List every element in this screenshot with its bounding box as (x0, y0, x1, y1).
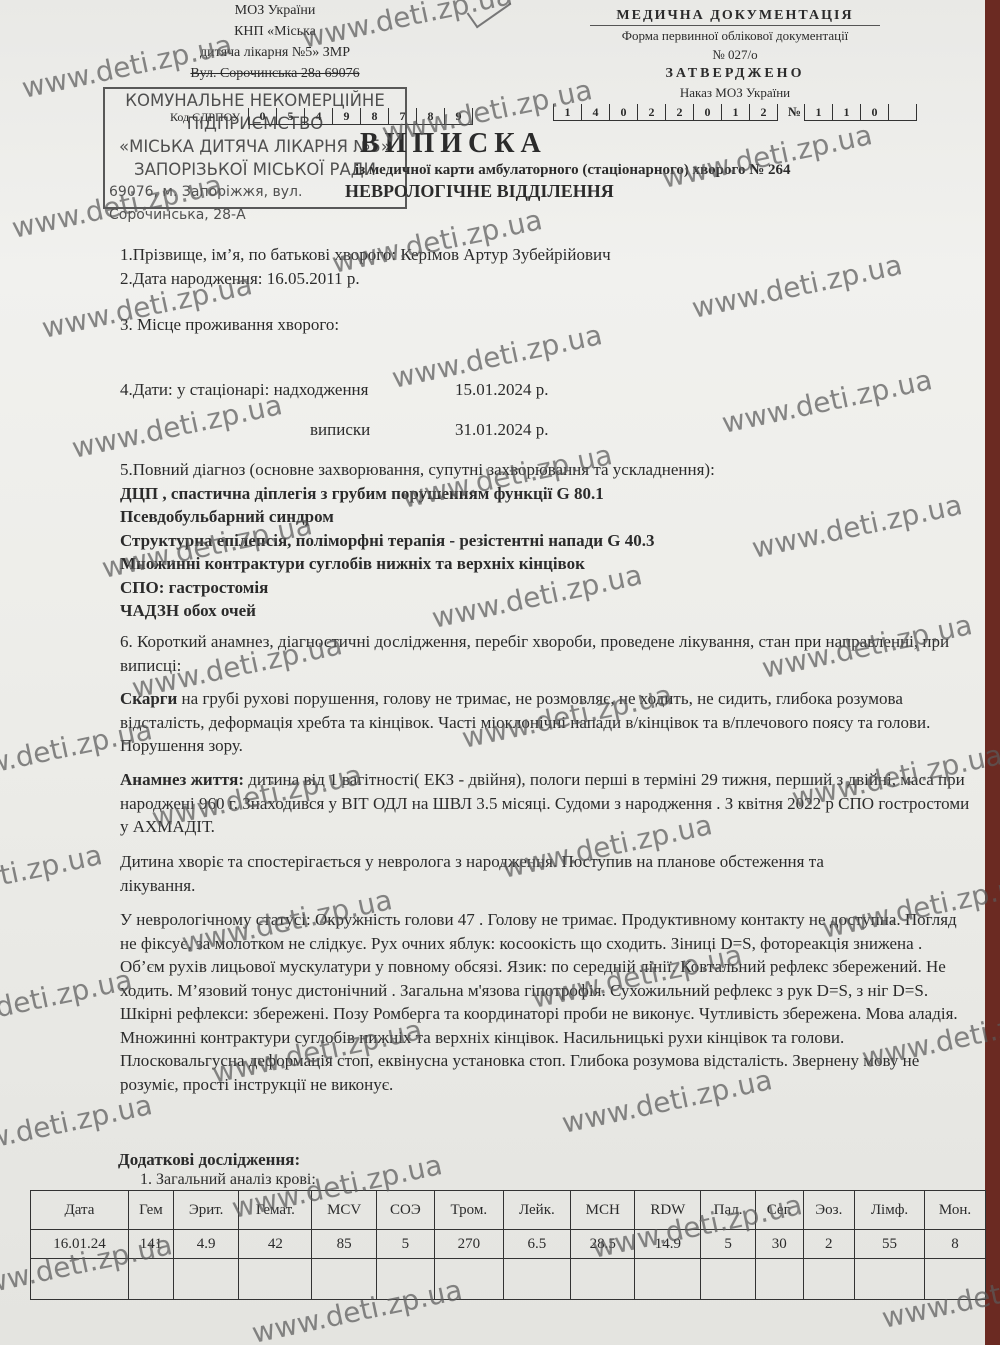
watermark: www.deti.zp.ua (659, 118, 875, 195)
dob-value: 16.05.2011 р. (267, 269, 360, 288)
discharge-date: 31.01.2024 р. (455, 420, 549, 440)
medical-documentation-title: МЕДИЧНА ДОКУМЕНТАЦІЯ (590, 6, 880, 26)
watermark: www.deti.zp.ua (0, 838, 105, 915)
blood-test-label: 1. Загальний аналіз крові: (140, 1171, 316, 1189)
watermark: www.deti.zp.ua (719, 363, 935, 440)
diagnosis-line: Псевдобульбарний синдром (120, 505, 970, 529)
diagnosis-line: Множинні контрактури суглобів нижніх та … (120, 552, 970, 576)
residence-label: 3. Місце проживання хворого: (120, 315, 339, 335)
document-page: МОЗ України КНП «Міська дитяча лікарня №… (0, 0, 985, 1345)
diagnosis-label: 5.Повний діагноз (основне захворювання, … (120, 458, 970, 482)
table-header-row: Дата Гем Эрит. Гемат. MCV СОЭ Тром. Лейк… (31, 1191, 986, 1230)
admission-field: 4.Дати: у стаціонарі: надходження 15.01.… (120, 380, 368, 400)
diagnosis-line: ДЦП , спастична діплегія з грубим поруше… (120, 482, 970, 506)
order-label: Наказ МОЗ України (590, 83, 880, 102)
blood-test-table: Дата Гем Эрит. Гемат. MCV СОЭ Тром. Лейк… (30, 1190, 986, 1300)
life-anamnesis-paragraph: Анамнез життя: дитина від 1 вагітності( … (120, 768, 970, 839)
department-name: НЕВРОЛОГІЧНЕ ВІДДІЛЕННЯ (345, 181, 614, 202)
diagnosis-line: ЧАДЗН обох очей (120, 599, 970, 623)
document-title: ВИПИСКА (360, 128, 547, 160)
complaints-paragraph: Скарги на грубі рухові порушення, голову… (120, 687, 970, 758)
form-line: Форма первинної облікової документації (590, 26, 880, 45)
watermark: www.deti.zp.ua (689, 248, 905, 325)
observation-paragraph: Дитина хворіє та спостерігається у невро… (120, 850, 880, 897)
ministry-line: МОЗ України (150, 0, 400, 21)
order-number-sign: № (788, 104, 801, 120)
diagnosis-line: СПО: гастростомія (120, 576, 970, 600)
document-subtitle: із медичної карти амбулаторного (стаціон… (355, 162, 791, 179)
watermark: www.deti.zp.ua (0, 963, 135, 1040)
admission-date: 15.01.2024 р. (455, 380, 549, 400)
additional-studies-label: Додаткові дослідження: (118, 1150, 300, 1170)
discharge-label: виписки (310, 420, 370, 440)
handwritten-checkmark-icon (467, 0, 512, 28)
approved-label: ЗАТВЕРДЖЕНО (590, 64, 880, 83)
patient-name-field: 1.Прізвище, ім’я, по батькові хворого: К… (120, 245, 611, 265)
diagnosis-line: Структурна епілепсія, поліморфні терапія… (120, 529, 970, 553)
neuro-status-paragraph: У неврологічному статусі: Окружність гол… (120, 908, 970, 1096)
diagnosis-section: 5.Повний діагноз (основне захворювання, … (120, 458, 970, 623)
institution-header: МОЗ України КНП «Міська дитяча лікарня №… (150, 0, 400, 84)
institution-line-2: дитяча лікарня №5» ЗМР (150, 42, 400, 63)
table-row: 16.01.24 141 4.9 42 85 5 270 6.5 28.5 14… (31, 1230, 986, 1259)
order-number-digits: 1 1 0 (804, 104, 917, 121)
dob-field: 2.Дата народження: 16.05.2011 р. (120, 269, 360, 289)
form-header: МЕДИЧНА ДОКУМЕНТАЦІЯ Форма первинної обл… (590, 6, 880, 102)
anamnesis-heading: 6. Короткий анамнез, діагностичні дослід… (120, 630, 970, 677)
address-line: Вул. Сорочинська 28а 69076 (150, 63, 400, 84)
form-number: № 027/о (590, 45, 880, 64)
table-row-empty (31, 1259, 986, 1300)
institution-line: КНП «Міська (150, 21, 400, 42)
patient-name-value: Керімов Артур Зубейрійович (400, 245, 610, 264)
order-date-digits: 1 4 0 2 2 0 1 2 (553, 104, 778, 121)
